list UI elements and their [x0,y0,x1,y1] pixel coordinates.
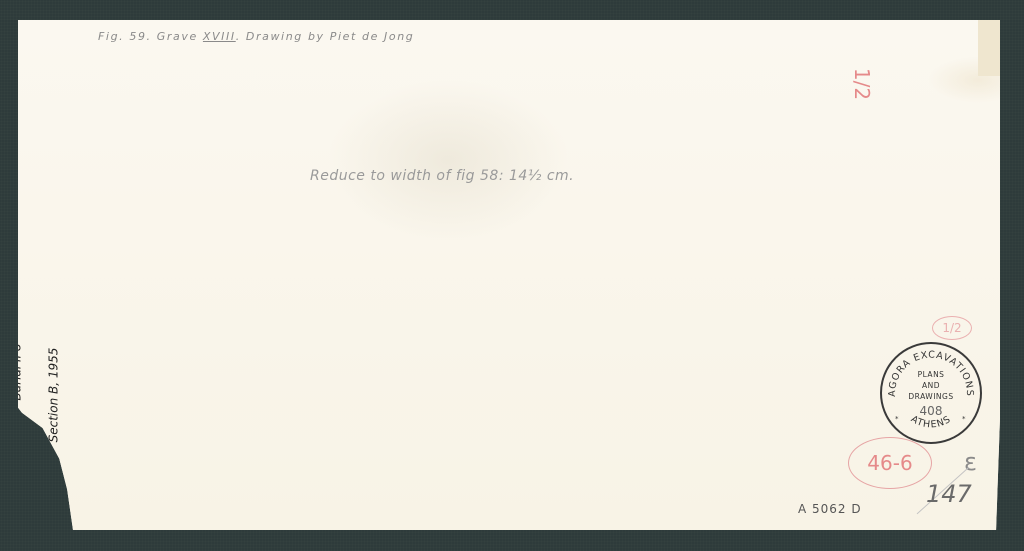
red-oval-number: 46-6 [848,437,932,489]
stamp-number: 408 [882,404,980,418]
paper-strip [978,20,1000,76]
caption-suffix: . Drawing by Piet de Jong [236,30,415,43]
pencil-number: 147 [926,480,972,508]
stamp-plans: PLANS [882,370,980,379]
stamp-drawings: DRAWINGS [882,392,980,401]
accession-number: A 5062 D [798,502,862,516]
red-circled-fraction: 1/2 [932,316,972,340]
pencil-epsilon: ε [964,448,977,476]
caption-prefix: Fig. 59. Grave [98,30,203,43]
grave-number: XVIII [203,30,236,43]
red-fraction-top: 1/2 [850,68,874,100]
stamp-and: AND [882,381,980,390]
side-note-section: Section B, 1955 [46,348,60,443]
side-note-burial: Burial II 8 [10,343,24,400]
drawing-card-back: Fig. 59. Grave XVIII. Drawing by Piet de… [18,20,1000,530]
figure-caption: Fig. 59. Grave XVIII. Drawing by Piet de… [98,30,414,43]
instruction-note: Reduce to width of fig 58: 14½ cm. [310,168,574,184]
agora-excavations-stamp: AGORA EXCAVATIONS ATHENS * * PLANS AND D… [880,342,982,444]
